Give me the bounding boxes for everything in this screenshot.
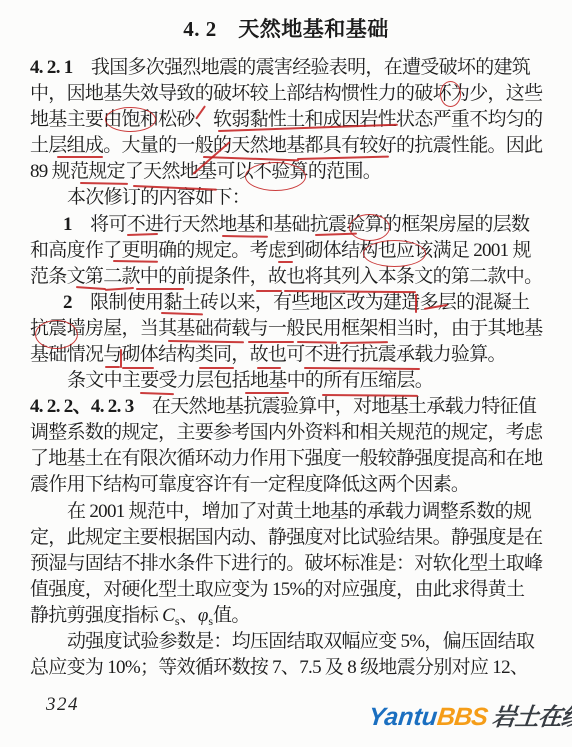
page-number: 324 xyxy=(46,694,79,716)
red-annotation-mark xyxy=(140,392,174,395)
watermark-bbs-text: BBS xyxy=(436,703,489,731)
red-annotation-mark xyxy=(199,367,234,369)
red-annotation-mark xyxy=(245,392,289,394)
text-line: 范条文第二款中的前提条件，故也将其列入本条文的第二款中。 xyxy=(30,266,542,288)
text-line: 在 2001 规范中，增加了对黄土地基的承载力调整系数的规 xyxy=(67,501,531,523)
text-line: 静抗剪强度指标 Cs、φs值。 xyxy=(30,605,250,632)
red-annotation-mark xyxy=(257,367,281,369)
red-annotation-mark xyxy=(248,341,294,343)
text-line: 1 将可不进行天然地基和基础抗震验算的框架房屋的层数 xyxy=(63,214,529,236)
watermark-logo: YantuBBS岩土在线 xyxy=(367,697,572,732)
red-annotation-mark xyxy=(136,288,184,290)
text-line: 4. 2. 2、4. 2. 3 在天然地基抗震验算中，对地基土承载力特征值 xyxy=(30,396,536,418)
text-line: 值强度，对硬化型土取应变为 15%的对应强度，由此求得黄土 xyxy=(30,579,524,601)
red-annotation-mark xyxy=(168,340,244,343)
text-line: 动强度试验参数是：均压固结取双幅应变 5%，偏压固结取 xyxy=(67,631,534,653)
text-line: 2 限制使用黏土砖以来，有些地区改为建造多层的混凝土 xyxy=(63,292,529,314)
text-line: 抗震墙房屋，当其基础荷载与一般民用框架相当时，由于其地基 xyxy=(30,318,542,340)
text-line: 地基主要由饱和松砂、软弱黏性土和成因岩性状态严重不均匀的 xyxy=(30,109,542,131)
text-line: 了地基土在有限次循环动力作用下强度一般较静强度提高和在地 xyxy=(30,448,542,470)
text-line: 89 规范规定了天然地基可以不验算的范围。 xyxy=(30,161,381,183)
text-line: 基础情况与砌体结构类同，故也可不进行抗震承载力验算。 xyxy=(30,344,506,366)
watermark-yantu-text: Yantu xyxy=(367,703,438,731)
text-line: 调整系数的规定，主要参考国内外资料和相关规范的规定，考虑 xyxy=(30,422,542,444)
red-annotation-mark xyxy=(105,366,120,368)
text-line: 本次修订的内容如下： xyxy=(67,187,250,209)
document-page: 4. 2 天然地基和基础 4. 2. 1 我国多次强烈地震的震害经验表明，在遭受… xyxy=(0,0,572,747)
section-title: 4. 2 天然地基和基础 xyxy=(0,13,572,43)
text-line: 土层组成。大量的一般的天然地基都具有较好的抗震性能。因此 xyxy=(30,135,542,157)
text-line: 震作用下结构可靠度容许有一定程度降低这两个因素。 xyxy=(30,474,469,496)
text-line: 中，因地基失效导致的破坏较上部结构惯性力的破坏为少，这些 xyxy=(30,83,542,105)
text-line: 条文中主要受力层包括地基中的所有压缩层。 xyxy=(67,370,433,392)
text-line: 总应变为 10%；等效循环数按 7、7.5 及 8 级地震分别对应 12、 xyxy=(30,657,528,679)
text-line: 定，此规定主要根据国内动、静强度对比试验结果。静强度是在 xyxy=(30,527,542,549)
watermark-cn-text: 岩土在线 xyxy=(491,704,572,731)
red-annotation-mark xyxy=(122,367,154,369)
text-line: 和高度作了更明确的规定。考虑到砌体结构也应该满足 2001 规 xyxy=(30,240,531,262)
text-line: 4. 2. 1 我国多次强烈地震的震害经验表明，在遭受破坏的建筑 xyxy=(30,57,530,79)
text-line: 预湿与固结不排水条件下进行的。破坏标准是：对软化型土取峰 xyxy=(30,553,542,575)
